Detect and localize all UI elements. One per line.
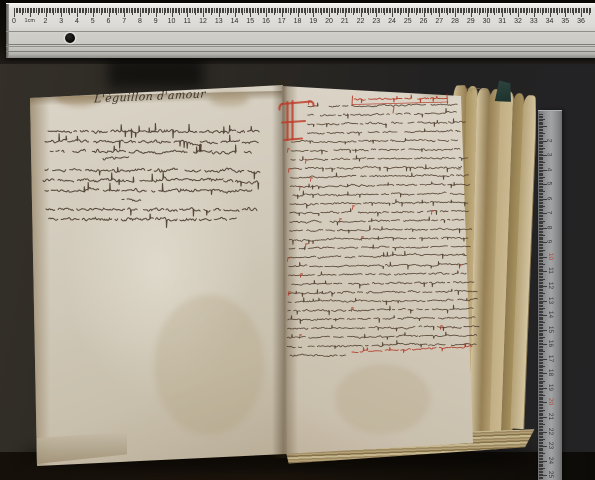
left-page	[24, 80, 288, 470]
cm-number: 7	[122, 18, 126, 25]
cm-number: 17	[278, 18, 286, 25]
cm-number: 3	[545, 153, 552, 157]
cm-number: 24	[547, 456, 554, 463]
cm-number: 26	[420, 18, 428, 25]
ruler-tick	[590, 8, 591, 13]
cm-number: 11	[547, 268, 554, 275]
cm-number: 20	[547, 398, 554, 405]
cm-number: 4	[545, 167, 552, 171]
cm-number: 36	[577, 18, 585, 25]
manuscript-photograph: L'éguillon d'amour 01cm23456789101112131…	[0, 0, 595, 480]
cm-number: 3	[59, 18, 63, 25]
book-gutter-shadow	[272, 80, 298, 458]
cm-number: 18	[294, 18, 302, 25]
right-page	[280, 79, 478, 459]
cm-number: 10	[547, 253, 554, 260]
cm-number: 28	[451, 18, 459, 25]
cm-number: 19	[309, 18, 317, 25]
cm-number: 34	[546, 18, 554, 25]
cm-number: 24	[388, 18, 396, 25]
cm-number: 13	[547, 296, 554, 303]
cm-number: 27	[435, 18, 443, 25]
cm-number: 13	[215, 18, 223, 25]
cm-number: 25	[404, 18, 412, 25]
cast-shadow	[108, 58, 203, 88]
cm-number: 18	[547, 369, 554, 376]
parchment-stain	[335, 364, 430, 434]
cm-number: 16	[262, 18, 270, 25]
cm-number: 29	[467, 18, 475, 25]
cm-number: 23	[547, 442, 554, 449]
cm-number: 21	[341, 18, 349, 25]
cm-number: 12	[547, 282, 554, 289]
cm-number: 16	[547, 340, 554, 347]
cm-number: 12	[199, 18, 207, 25]
cm-number: 17	[547, 355, 554, 362]
cm-number: 25	[547, 471, 554, 478]
cm-number: 22	[357, 18, 365, 25]
cm-number: 7	[545, 211, 552, 215]
cm-number: 15	[246, 18, 254, 25]
cm-number: 8	[545, 225, 552, 229]
cm-number: 23	[372, 18, 380, 25]
cm-number: 35	[561, 18, 569, 25]
cm-number: 9	[545, 240, 552, 244]
cm-number: 31	[498, 18, 506, 25]
cm-number: 32	[514, 18, 522, 25]
cm-number: 5	[545, 182, 552, 186]
cm-number: 8	[138, 18, 142, 25]
cm-number: 22	[547, 427, 554, 434]
cm-number: 0	[12, 18, 16, 25]
parchment-stain	[154, 295, 264, 435]
cm-number: 20	[325, 18, 333, 25]
cm-number: 11	[184, 18, 191, 25]
cm-number: 33	[530, 18, 538, 25]
horizontal-cm-ruler: 01cm234567891011121314151617181920212223…	[6, 3, 595, 58]
ruler-tick	[539, 478, 543, 479]
cm-number: 30	[483, 18, 491, 25]
cm-number: 6	[107, 18, 111, 25]
cm-number: 21	[547, 413, 554, 420]
cm-number: 9	[154, 18, 158, 25]
cm-number: 14	[547, 311, 554, 318]
ruler-hanging-hole	[65, 33, 75, 43]
cm-number: 1cm	[25, 18, 35, 24]
vertical-cm-ruler: 2345678910111213141516171819202122232425	[538, 110, 562, 480]
cm-number: 4	[75, 18, 79, 25]
cm-number: 5	[91, 18, 95, 25]
cm-number: 2	[545, 138, 552, 142]
cm-number: 14	[231, 18, 239, 25]
cm-number: 10	[168, 18, 176, 25]
cm-number: 15	[547, 326, 554, 333]
cm-number: 2	[44, 18, 48, 25]
cm-number: 19	[547, 384, 554, 391]
cm-number: 6	[545, 196, 552, 200]
